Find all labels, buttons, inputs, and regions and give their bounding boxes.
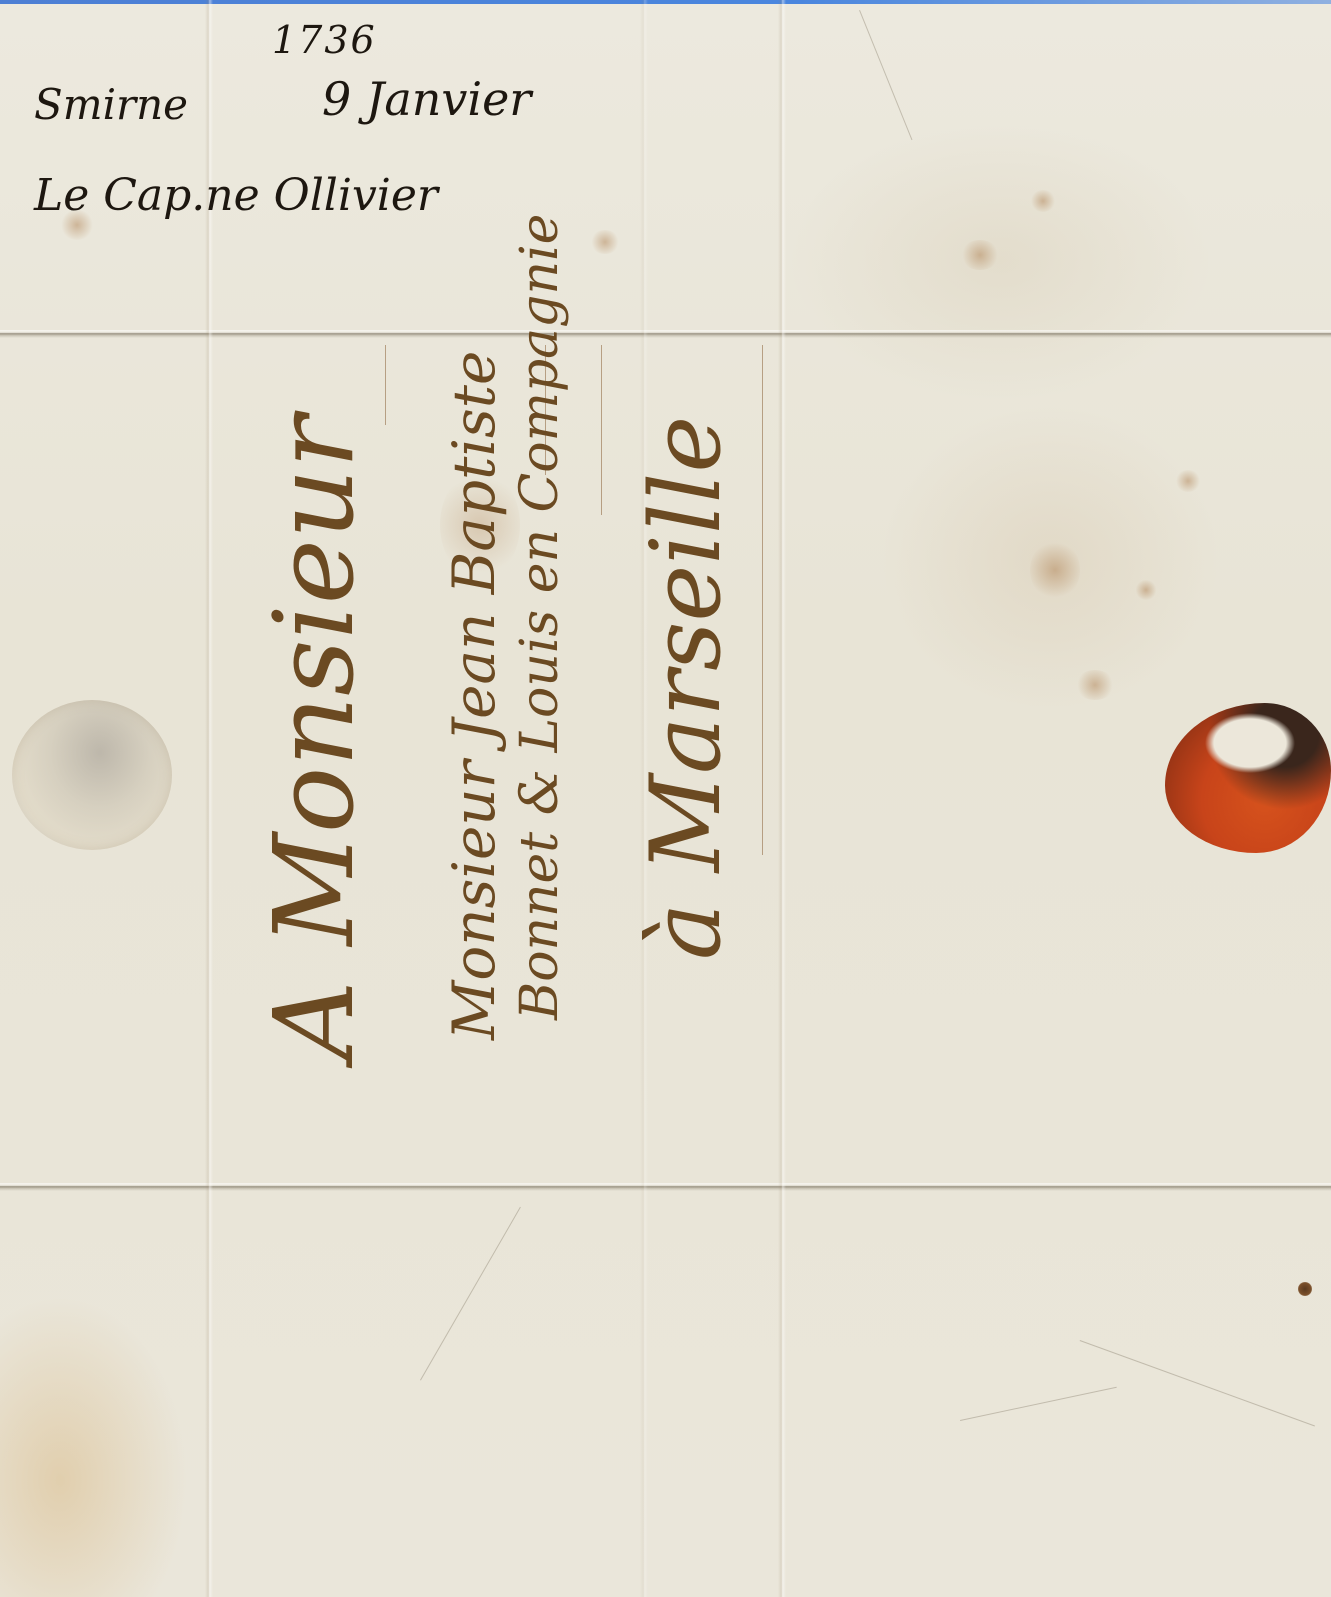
docket-year: 1736 bbox=[272, 18, 377, 62]
letter-sheet: 1736 Smirne 9 Janvier Le Cap.ne Ollivier… bbox=[0, 0, 1331, 1597]
address-salutation: A Monsieur bbox=[250, 416, 378, 1060]
address-block: A Monsieur Monsieur Jean Baptiste Bonnet… bbox=[210, 300, 790, 1100]
scan-top-edge bbox=[0, 0, 1331, 4]
paper-crease bbox=[420, 1207, 521, 1381]
address-company: Bonnet & Louis en Compagnie bbox=[510, 214, 570, 1020]
docket-date: 9 Janvier bbox=[322, 72, 531, 126]
foxing-spot bbox=[960, 240, 1000, 270]
foxing-spot bbox=[1135, 580, 1157, 600]
fold-line-lower bbox=[0, 1183, 1331, 1191]
faded-seal-impression bbox=[12, 700, 172, 850]
paper-crease bbox=[960, 1387, 1117, 1421]
foxing-spot bbox=[1075, 670, 1115, 700]
foxing-spot bbox=[1030, 190, 1056, 212]
docket-place: Smirne bbox=[34, 80, 188, 129]
paper-crease bbox=[1080, 1340, 1315, 1426]
paper-crease bbox=[859, 10, 912, 140]
address-recipient: Monsieur Jean Baptiste bbox=[440, 351, 508, 1040]
foxing-spot bbox=[1175, 470, 1201, 492]
address-destination: à Marseille bbox=[630, 416, 742, 960]
docket-captain: Le Cap.ne Ollivier bbox=[34, 170, 438, 221]
foxing-spot bbox=[1030, 540, 1080, 600]
foxing-dark-spot bbox=[1298, 1282, 1312, 1296]
red-wax-seal bbox=[1165, 703, 1331, 853]
